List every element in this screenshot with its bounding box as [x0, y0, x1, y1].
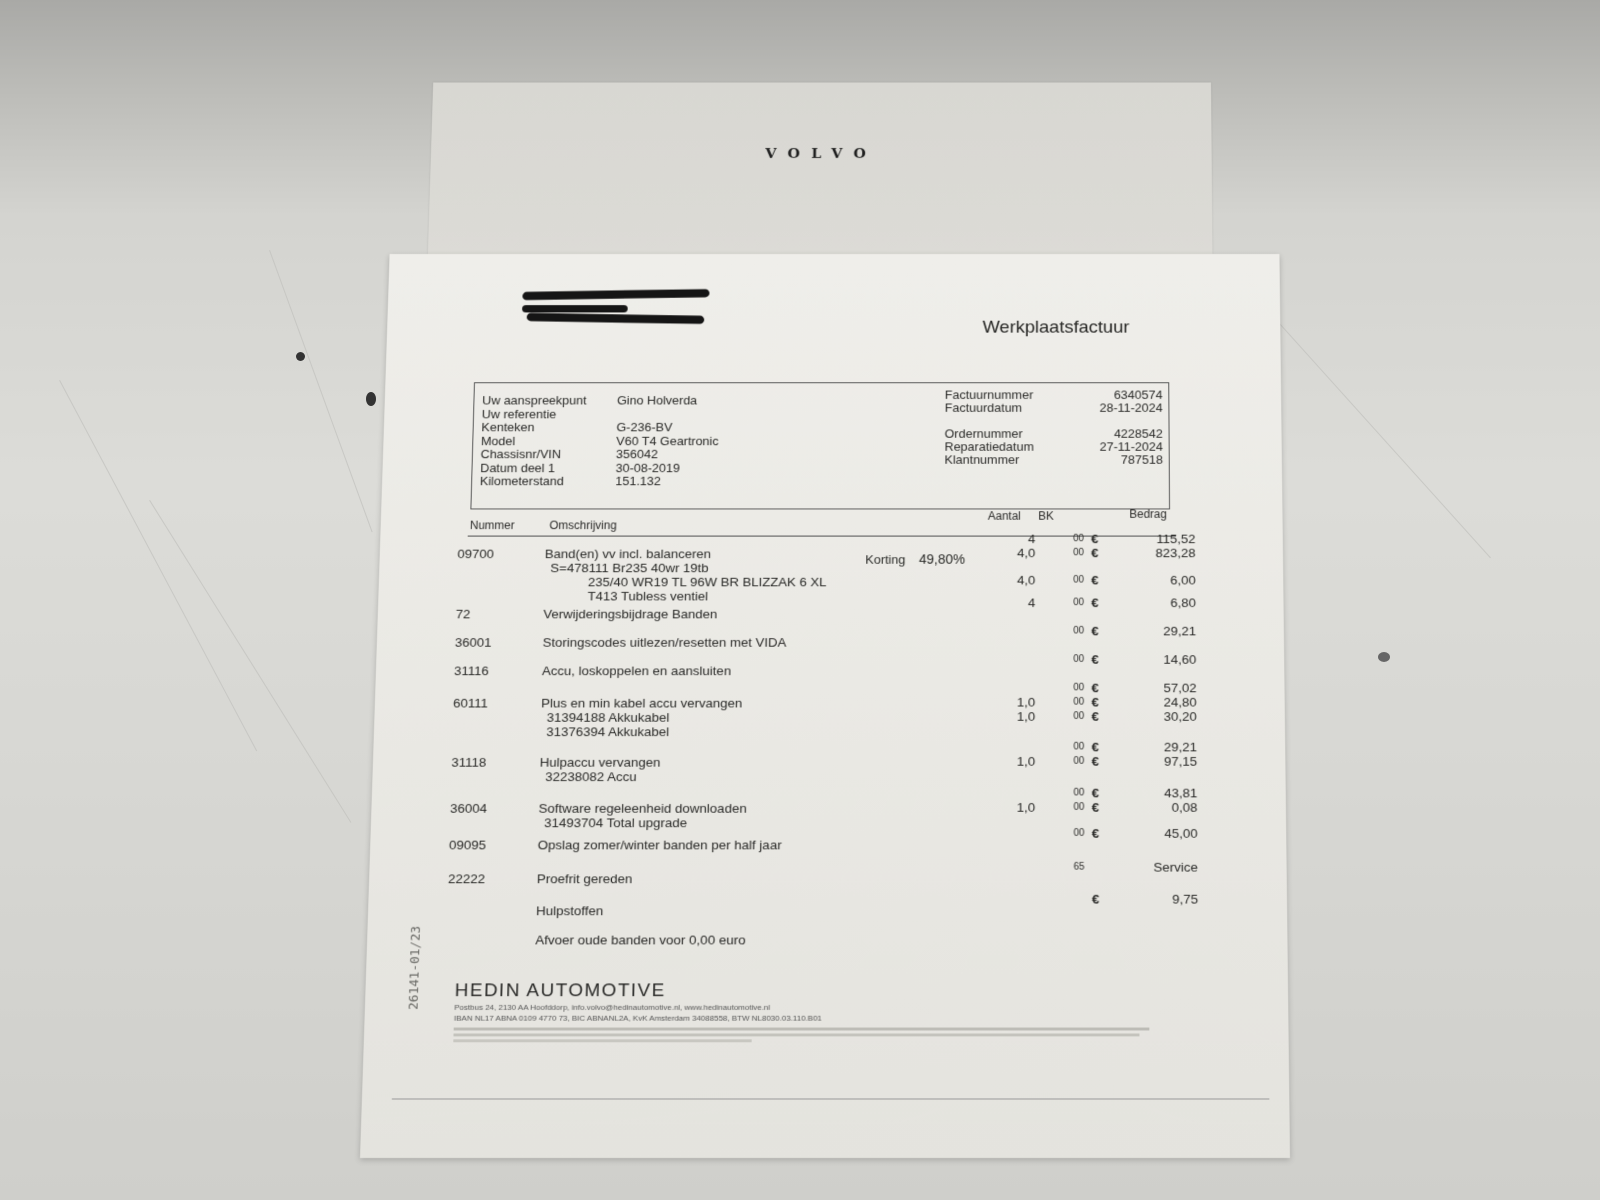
amount: 0,08 — [1172, 800, 1198, 814]
quantity: 1,0 — [1017, 754, 1035, 768]
euro-sign: € — [1092, 826, 1099, 840]
redaction-mark — [522, 305, 628, 312]
euro-sign: € — [1091, 596, 1098, 610]
euro-sign: € — [1091, 695, 1098, 709]
amount: 823,28 — [1155, 546, 1195, 560]
company-bank: IBAN NL17 ABNA 0109 4770 73, BIC ABNANL2… — [454, 1013, 1150, 1024]
info-value: Gino Holverda — [617, 394, 697, 407]
item-number: 60111 — [453, 696, 488, 710]
amount: 30,20 — [1164, 709, 1197, 723]
bk-code: 00 — [1073, 711, 1084, 721]
meta-row: Factuurnummer6340574 — [945, 389, 1163, 402]
item-amounts: 400€6,80 — [1001, 596, 1196, 610]
amount: 6,00 — [1170, 573, 1196, 587]
meta-label: Factuurnummer — [945, 389, 1033, 402]
bk-code: 00 — [1073, 575, 1084, 585]
col-aantal: Aantal — [988, 509, 1021, 522]
info-label: Uw aanspreekpunt — [482, 394, 617, 407]
info-row: ModelV60 T4 Geartronic — [481, 435, 719, 448]
info-label: Datum deel 1 — [480, 461, 616, 474]
amount: 97,15 — [1164, 754, 1197, 768]
bk-code: 00 — [1073, 548, 1084, 558]
amount-row: 00€45,00 — [1001, 826, 1198, 840]
meta-value: 6340574 — [1114, 389, 1163, 402]
meta-label: Ordernummer — [945, 428, 1023, 441]
quantity: 1,0 — [1017, 695, 1035, 709]
item-subline: 31394188 Akkukabel — [547, 710, 670, 724]
amount-row: 65Service — [1001, 860, 1198, 875]
quantity: 1,0 — [1017, 800, 1035, 814]
bk-code: 00 — [1073, 802, 1084, 813]
amount-row: 00€14,60 — [1001, 652, 1196, 666]
invoice-info-box: Uw aanspreekpuntGino HolverdaUw referent… — [470, 382, 1170, 509]
paper-top-flap: VOLVO — [428, 82, 1213, 263]
euro-sign: € — [1092, 892, 1099, 907]
surface-scratch — [149, 500, 351, 823]
bk-code: 00 — [1073, 742, 1084, 753]
item-description: Verwijderingsbijdrage Banden — [543, 607, 717, 621]
meta-label: Factuurdatum — [945, 402, 1022, 415]
amount-row: 400€6,80 — [1001, 596, 1196, 610]
item-description: Proefrit gereden — [537, 872, 633, 887]
item-subline: 31493704 Total upgrade — [544, 816, 687, 830]
amount-row: 00€43,81 — [1001, 786, 1198, 800]
item-amounts: 00€43,811,000€0,08 — [1001, 786, 1198, 815]
info-row: Kilometerstand151.132 — [480, 475, 718, 489]
item-amounts: 00€29,211,000€97,15 — [1001, 740, 1197, 769]
bk-code: 00 — [1073, 534, 1084, 544]
amount: 14,60 — [1163, 652, 1196, 666]
form-code: 26141-01/23 — [407, 926, 424, 1010]
euro-sign: € — [1092, 800, 1099, 814]
invoice-meta: Factuurnummer6340574Factuurdatum28-11-20… — [944, 389, 1163, 467]
bk-code: 00 — [1073, 788, 1084, 799]
item-description: Opslag zomer/winter banden per half jaar — [538, 838, 782, 852]
discount-label: Korting49,80% — [865, 552, 965, 567]
info-value: 151.132 — [615, 475, 661, 489]
fine-print-block — [454, 1028, 1150, 1031]
discount-value: 49,80% — [919, 552, 965, 567]
item-number: 36001 — [455, 635, 492, 649]
item-subline: 31376394 Akkukabel — [546, 725, 669, 739]
item-number: 09700 — [457, 547, 494, 561]
meta-value: 4228542 — [1114, 428, 1163, 441]
surface-spot — [296, 352, 305, 361]
bk-code: 00 — [1073, 828, 1084, 839]
amount-row: 00€29,21 — [1001, 624, 1196, 638]
col-bk: BK — [1038, 509, 1054, 522]
bk-code: 65 — [1073, 862, 1084, 873]
meta-row: Reparatiedatum27-11-2024 — [945, 441, 1163, 454]
bk-code: 00 — [1073, 756, 1084, 767]
amount: 45,00 — [1164, 826, 1197, 840]
item-amounts: 00€45,00 — [1001, 826, 1198, 840]
invoice-body: Werkplaatsfactuur Uw aanspreekpuntGino H… — [360, 254, 1290, 1158]
col-nummer: Nummer — [470, 519, 515, 532]
euro-sign: € — [1091, 546, 1098, 560]
amount-row: 4,000€823,28 — [1001, 546, 1195, 560]
item-number: 31118 — [451, 755, 486, 769]
amount: 43,81 — [1164, 786, 1197, 800]
info-label: Chassisnr/VIN — [480, 448, 616, 461]
info-label: Uw referentie — [482, 408, 617, 421]
surface-scratch — [59, 380, 257, 751]
document-title: Werkplaatsfactuur — [983, 318, 1130, 338]
amount: 115,52 — [1156, 532, 1195, 546]
company-name: HEDIN AUTOMOTIVE — [454, 981, 1149, 1003]
amount-row: 00€57,02 — [1001, 681, 1197, 695]
item-subline: 235/40 WR19 TL 96W BR BLIZZAK 6 XL — [588, 575, 827, 589]
meta-value: 787518 — [1121, 454, 1163, 467]
quantity: 4 — [1028, 596, 1035, 610]
amount-row: 4,000€6,00 — [1001, 573, 1196, 587]
item-number: 09095 — [449, 838, 486, 852]
euro-sign: € — [1092, 740, 1099, 754]
redaction-mark — [527, 313, 705, 324]
surface-scratch — [1249, 290, 1491, 558]
surface-spot — [1378, 652, 1390, 662]
info-value: 30-08-2019 — [616, 461, 681, 474]
item-number: 22222 — [448, 872, 485, 887]
item-description: Afvoer oude banden voor 0,00 euro — [535, 933, 745, 948]
surface-spot — [366, 392, 376, 406]
surface-scratch — [269, 250, 373, 532]
vehicle-info: Uw aanspreekpuntGino HolverdaUw referent… — [480, 394, 720, 488]
item-subline: 32238082 Accu — [545, 770, 637, 784]
meta-value: 28-11-2024 — [1099, 402, 1162, 415]
info-label: Kilometerstand — [480, 475, 616, 489]
bk-code: 00 — [1073, 626, 1084, 636]
euro-sign: € — [1091, 532, 1098, 546]
amount: Service — [1153, 860, 1197, 875]
quantity: 4,0 — [1017, 546, 1035, 560]
meta-row: Klantnummer787518 — [944, 454, 1163, 467]
amount: 6,80 — [1170, 596, 1196, 610]
amount-row: 1,000€24,80 — [1001, 695, 1197, 709]
amount-row: 1,000€0,08 — [1001, 800, 1198, 814]
invoice-paper: VOLVO Werkplaatsfactuur Uw aanspreekpunt… — [360, 82, 1290, 1158]
info-value: V60 T4 Geartronic — [616, 435, 719, 448]
amount-row: 00€29,21 — [1001, 740, 1197, 754]
item-number: 31116 — [454, 664, 489, 678]
info-row: KentekenG-236-BV — [481, 421, 719, 434]
amount: 24,80 — [1164, 695, 1197, 709]
item-amounts: 65Service — [1001, 860, 1198, 875]
fine-print-block — [453, 1033, 1139, 1036]
meta-label: Reparatiedatum — [945, 441, 1034, 454]
item-description: Hulpaccu vervangen — [540, 755, 661, 769]
amount-row: 1,000€97,15 — [1001, 754, 1197, 768]
info-row: Datum deel 130-08-2019 — [480, 461, 718, 474]
info-row: Uw aanspreekpuntGino Holverda — [482, 394, 719, 407]
info-label: Model — [481, 435, 617, 448]
col-omschrijving: Omschrijving — [549, 519, 617, 532]
col-bedrag: Bedrag — [1129, 508, 1167, 521]
amount-row: 400€115,52 — [1001, 532, 1195, 546]
bk-code: 00 — [1073, 683, 1084, 693]
meta-label: Klantnummer — [944, 454, 1019, 467]
item-amounts: 00€57,021,000€24,801,000€30,20 — [1001, 681, 1197, 724]
info-label: Kenteken — [481, 421, 616, 434]
item-description: Band(en) vv incl. balanceren — [545, 547, 711, 561]
info-row: Uw referentie — [482, 408, 720, 421]
meta-row: Factuurdatum28-11-2024 — [945, 402, 1163, 415]
item-description: Accu, loskoppelen en aansluiten — [542, 664, 731, 678]
euro-sign: € — [1091, 573, 1098, 587]
euro-sign: € — [1092, 786, 1099, 800]
redaction-mark — [522, 289, 709, 300]
volvo-logo: VOLVO — [431, 145, 1212, 161]
item-amounts: €9,75 — [1001, 892, 1199, 907]
info-value: G-236-BV — [616, 421, 672, 434]
company-address: Postbus 24, 2130 AA Hoofddorp, info.volv… — [454, 1002, 1149, 1013]
fine-print-block — [453, 1039, 751, 1042]
quantity: 1,0 — [1017, 709, 1035, 723]
meta-value: 27-11-2024 — [1100, 441, 1163, 454]
item-amounts: 00€14,60 — [1001, 652, 1196, 666]
item-number: 72 — [456, 607, 471, 621]
item-number: 36004 — [450, 801, 487, 815]
info-row: Chassisnr/VIN356042 — [480, 448, 718, 461]
item-subline: T413 Tubless ventiel — [587, 589, 708, 603]
meta-gap — [945, 415, 1163, 428]
amount-row: €9,75 — [1001, 892, 1199, 907]
item-subline: S=478111 Br235 40wr 19tb — [550, 561, 708, 575]
company-footer: HEDIN AUTOMOTIVE Postbus 24, 2130 AA Hoo… — [453, 981, 1149, 1043]
item-description: Plus en min kabel accu vervangen — [541, 696, 742, 710]
item-amounts: 400€115,524,000€823,284,000€6,00 — [1001, 532, 1196, 587]
item-description: Storingscodes uitlezen/resetten met VIDA — [543, 635, 787, 649]
quantity: 4,0 — [1017, 573, 1035, 587]
amount-row: 1,000€30,20 — [1001, 709, 1197, 723]
amount: 57,02 — [1163, 681, 1196, 695]
meta-row: Ordernummer4228542 — [945, 428, 1163, 441]
euro-sign: € — [1091, 681, 1098, 695]
amount: 29,21 — [1164, 740, 1197, 754]
bk-code: 00 — [1073, 697, 1084, 707]
amount: 9,75 — [1172, 892, 1198, 907]
euro-sign: € — [1091, 652, 1098, 666]
bk-code: 00 — [1073, 598, 1084, 608]
item-description: Software regeleenheid downloaden — [538, 801, 746, 815]
bk-code: 00 — [1073, 654, 1084, 664]
quantity: 4 — [1028, 532, 1035, 546]
amount: 29,21 — [1163, 624, 1196, 638]
euro-sign: € — [1091, 709, 1098, 723]
bottom-rule — [392, 1098, 1270, 1099]
euro-sign: € — [1091, 624, 1098, 638]
info-value: 356042 — [616, 448, 658, 461]
item-description: Hulpstoffen — [536, 904, 604, 919]
euro-sign: € — [1092, 754, 1099, 768]
item-amounts: 00€29,21 — [1001, 624, 1196, 638]
